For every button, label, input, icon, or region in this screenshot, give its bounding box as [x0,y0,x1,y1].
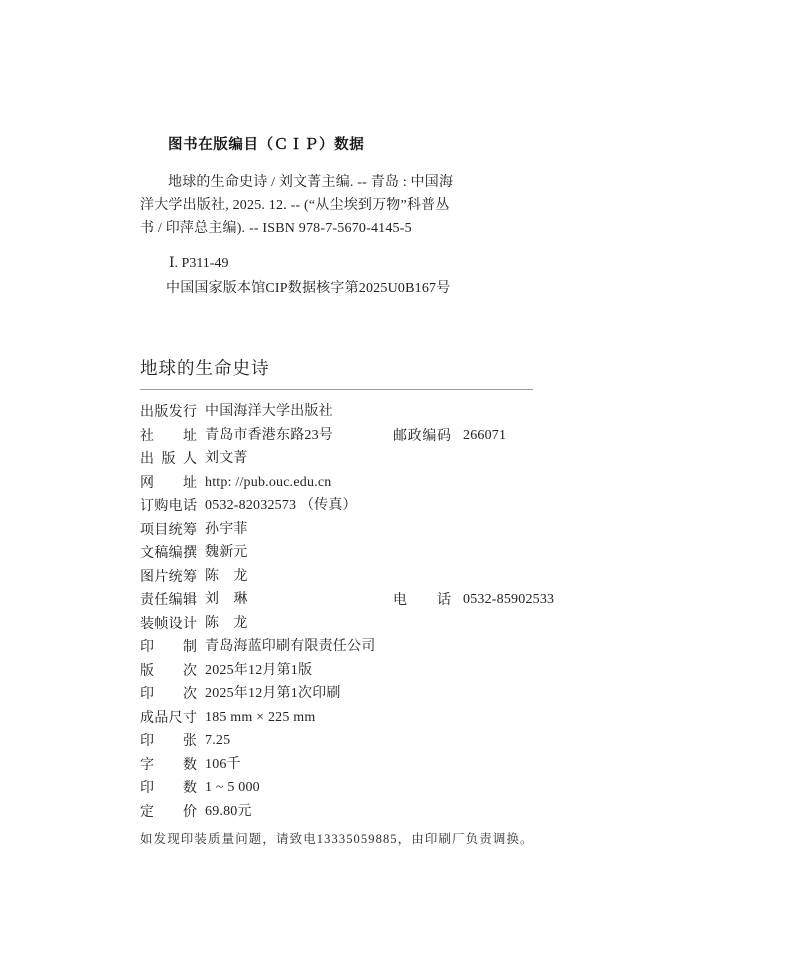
colophon-value: 中国海洋大学出版社 [205,404,333,419]
colophon-value: 陈 龙 [205,616,248,631]
colophon-value: 2025年12月第1次印刷 [205,686,341,701]
colophon-value: 7.25 [205,733,230,748]
colophon-value: 刘 琳 [205,592,248,607]
colophon-section: 地球的生命史诗 出版发行中国海洋大学出版社社址青岛市香港东路23号邮政编码266… [140,356,570,848]
colophon-rows: 出版发行中国海洋大学出版社社址青岛市香港东路23号邮政编码266071出版人刘文… [140,400,570,823]
colophon-row: 项目统筹孙宇菲 [140,518,570,542]
colophon-label: 版次 [140,659,197,683]
colophon-row: 版次2025年12月第1版 [140,659,570,683]
colophon-row: 订购电话0532-82032573 （传真） [140,494,570,518]
colophon-label: 邮政编码 [393,424,451,448]
cip-record-number: 中国国家版本馆CIP数据核字第2025U0B167号 [166,277,570,300]
colophon-right-column: 邮政编码266071 [393,424,506,448]
colophon-value: http: //pub.ouc.edu.cn [205,475,332,490]
colophon-row: 出版发行中国海洋大学出版社 [140,400,570,424]
colophon-label: 印制 [140,635,197,659]
colophon-label: 出版人 [140,447,197,471]
colophon-value: 266071 [463,428,506,443]
colophon-label: 网址 [140,471,197,495]
colophon-value: 青岛海蓝印刷有限责任公司 [205,639,375,654]
colophon-row: 责任编辑刘 琳电话0532-85902533 [140,588,570,612]
colophon-right-column: 电话0532-85902533 [393,588,554,612]
colophon-row: 成品尺寸185 mm × 225 mm [140,706,570,730]
copyright-content: 图书在版编目（ＣＩＰ）数据 地球的生命史诗 / 刘文菁主编. -- 青岛 : 中… [140,137,570,848]
cip-paragraph: 地球的生命史诗 / 刘文菁主编. -- 青岛 : 中国海洋大学出版社, 2025… [140,171,570,240]
colophon-row: 印次2025年12月第1次印刷 [140,682,570,706]
colophon-row: 印制青岛海蓝印刷有限责任公司 [140,635,570,659]
colophon-label: 成品尺寸 [140,706,197,730]
colophon-label: 字数 [140,753,197,777]
colophon-row: 图片统筹陈 龙 [140,565,570,589]
colophon-label: 定价 [140,800,197,824]
colophon-label: 图片统筹 [140,565,197,589]
colophon-value: 1 ~ 5 000 [205,780,260,795]
colophon-row: 字数106千 [140,753,570,777]
cip-heading: 图书在版编目（ＣＩＰ）数据 [168,137,570,154]
colophon-label: 项目统筹 [140,518,197,542]
colophon-value: 69.80元 [205,804,252,819]
colophon-row: 社址青岛市香港东路23号邮政编码266071 [140,424,570,448]
book-copyright-page: 图书在版编目（ＣＩＰ）数据 地球的生命史诗 / 刘文菁主编. -- 青岛 : 中… [0,0,799,967]
colophon-row: 印张7.25 [140,729,570,753]
quality-note: 如发现印装质量问题，请致电13335059885，由印刷厂负责调换。 [140,830,570,848]
colophon-label: 电话 [393,588,451,612]
colophon-label: 文稿编撰 [140,541,197,565]
colophon-value: 孙宇菲 [205,522,248,537]
colophon-value: 魏新元 [205,545,248,560]
colophon-value: 青岛市香港东路23号 [205,428,333,443]
divider-line [140,389,533,390]
colophon-label: 印数 [140,776,197,800]
colophon-value: 185 mm × 225 mm [205,710,315,725]
colophon-label: 印张 [140,729,197,753]
colophon-value: 刘文菁 [205,451,248,466]
colophon-label: 责任编辑 [140,588,197,612]
colophon-value: 2025年12月第1版 [205,663,312,678]
colophon-row: 文稿编撰魏新元 [140,541,570,565]
colophon-value: 106千 [205,757,241,772]
colophon-label: 印次 [140,682,197,706]
cip-line: 洋大学出版社, 2025. 12. -- (“从尘埃到万物”科普丛 [140,194,570,217]
colophon-row: 出版人刘文菁 [140,447,570,471]
colophon-label: 订购电话 [140,494,197,518]
cip-section: 图书在版编目（ＣＩＰ）数据 地球的生命史诗 / 刘文菁主编. -- 青岛 : 中… [140,137,570,300]
colophon-row: 网址http: //pub.ouc.edu.cn [140,471,570,495]
cip-line: 地球的生命史诗 / 刘文菁主编. -- 青岛 : 中国海 [140,171,570,194]
colophon-value: 0532-85902533 [463,592,554,607]
colophon-label: 出版发行 [140,400,197,424]
colophon-label: 社址 [140,424,197,448]
colophon-label: 装帧设计 [140,612,197,636]
colophon-value: 陈 龙 [205,569,248,584]
colophon-row: 装帧设计陈 龙 [140,612,570,636]
book-title: 地球的生命史诗 [140,356,570,380]
cip-classification: Ⅰ. P311-49 [169,252,570,275]
colophon-row: 定价69.80元 [140,800,570,824]
colophon-value: 0532-82032573 （传真） [205,498,357,513]
cip-line: 书 / 印萍总主编). -- ISBN 978-7-5670-4145-5 [140,217,570,240]
colophon-row: 印数1 ~ 5 000 [140,776,570,800]
